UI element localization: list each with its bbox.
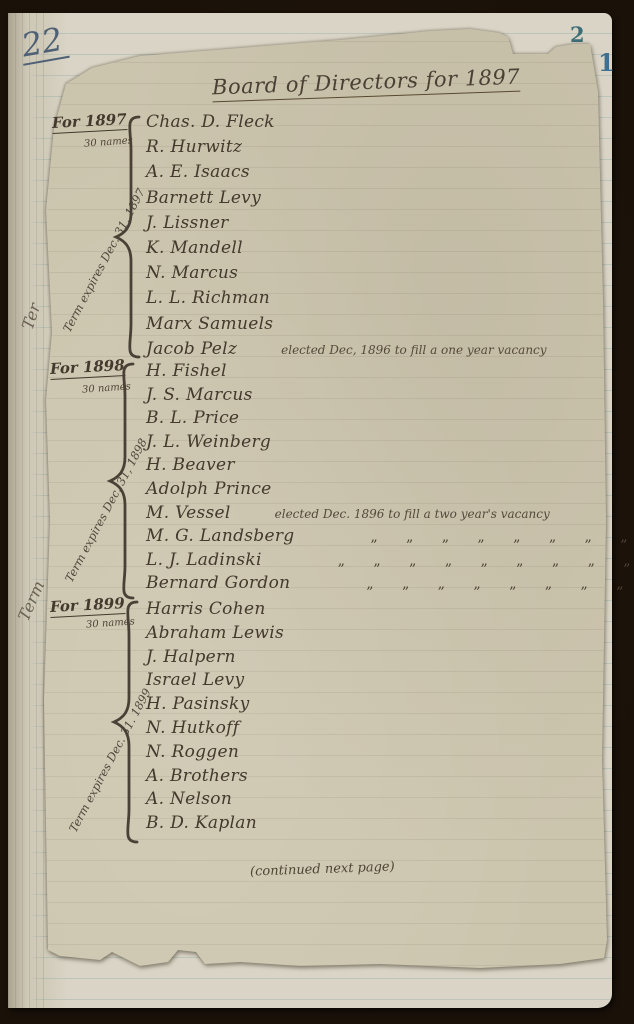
director-row: M. Vessel elected Dec. 1896 to fill a tw… bbox=[146, 503, 634, 527]
director-name: N. Hutkoff bbox=[146, 718, 239, 738]
handwritten-content: Board of Directors for 1897 For 1897 30 … bbox=[0, 0, 634, 1024]
director-name: H. Pasinsky bbox=[146, 694, 249, 714]
director-name: A. Brothers bbox=[146, 766, 248, 786]
director-row: A. E. Isaacs bbox=[146, 162, 547, 187]
group-members-1897: Chas. D. Fleck R. Hurwitz A. E. Isaacs B… bbox=[146, 112, 547, 364]
director-name: R. Hurwitz bbox=[146, 137, 242, 157]
director-row: N. Marcus bbox=[146, 263, 547, 288]
director-name: B. D. Kaplan bbox=[146, 813, 257, 833]
director-row: J. Lissner bbox=[146, 213, 547, 238]
director-name: H. Fishel bbox=[146, 361, 227, 381]
director-name: Harris Cohen bbox=[146, 599, 266, 619]
director-row: Israel Levy bbox=[146, 670, 284, 694]
group-brace-1897 bbox=[110, 114, 142, 360]
continued-note: (continued next page) bbox=[250, 859, 395, 879]
director-name: N. Marcus bbox=[146, 263, 238, 283]
director-name: A. E. Isaacs bbox=[146, 162, 250, 182]
director-name: J. Halpern bbox=[146, 647, 236, 667]
group-brace-1898 bbox=[104, 361, 136, 601]
director-row: A. Nelson bbox=[146, 789, 284, 813]
election-annotation: elected Dec. 1896 to fill a two year's v… bbox=[275, 507, 550, 521]
director-name: J. L. Weinberg bbox=[146, 432, 271, 452]
ditto-marks: „ „ „ „ „ „ „ „ „ „ bbox=[338, 553, 634, 569]
director-row: Harris Cohen bbox=[146, 599, 284, 623]
director-row: H. Beaver bbox=[146, 455, 634, 479]
director-row: Barnett Levy bbox=[146, 188, 547, 213]
director-row: J. S. Marcus bbox=[146, 385, 634, 409]
director-name: M. Vessel bbox=[146, 503, 231, 523]
director-row: N. Roggen bbox=[146, 742, 284, 766]
director-name: M. G. Landsberg bbox=[146, 526, 294, 546]
director-row: Abraham Lewis bbox=[146, 623, 284, 647]
director-name: Adolph Prince bbox=[146, 479, 272, 499]
group-members-1899: Harris Cohen Abraham Lewis J. Halpern Is… bbox=[146, 599, 284, 837]
director-row: J. Halpern bbox=[146, 647, 284, 671]
director-row: Chas. D. Fleck bbox=[146, 112, 547, 137]
director-row: A. Brothers bbox=[146, 766, 284, 790]
director-name: Marx Samuels bbox=[146, 314, 273, 334]
director-name: Chas. D. Fleck bbox=[146, 112, 275, 132]
director-name: J. Lissner bbox=[146, 213, 229, 233]
director-row: Bernard Gordon „ „ „ „ „ „ „ „ „ „ bbox=[146, 573, 634, 597]
director-row: H. Fishel bbox=[146, 361, 634, 385]
director-row: B. L. Price bbox=[146, 408, 634, 432]
page-title: Board of Directors for 1897 bbox=[212, 65, 521, 103]
director-row: H. Pasinsky bbox=[146, 694, 284, 718]
director-row: L. L. Richman bbox=[146, 288, 547, 313]
group-members-1898: H. Fishel J. S. Marcus B. L. Price J. L.… bbox=[146, 361, 634, 597]
director-row: L. J. Ladinski „ „ „ „ „ „ „ „ „ „ bbox=[146, 550, 634, 574]
director-row: K. Mandell bbox=[146, 238, 547, 263]
election-annotation: elected Dec, 1896 to fill a one year vac… bbox=[281, 343, 546, 357]
director-name: L. J. Ladinski bbox=[146, 550, 262, 570]
director-name: L. L. Richman bbox=[146, 288, 270, 308]
director-name: K. Mandell bbox=[146, 238, 243, 258]
scanned-ledger-page: 22 2 1 Ter Term Board of Directors for 1… bbox=[0, 0, 634, 1024]
director-name: A. Nelson bbox=[146, 789, 232, 809]
director-name: Barnett Levy bbox=[146, 188, 261, 208]
director-name: Bernard Gordon bbox=[146, 573, 290, 593]
director-name: Abraham Lewis bbox=[146, 623, 284, 643]
director-row: R. Hurwitz bbox=[146, 137, 547, 162]
director-name: Jacob Pelz bbox=[146, 339, 237, 359]
director-row: Marx Samuels bbox=[146, 314, 547, 339]
director-name: B. L. Price bbox=[146, 408, 239, 428]
director-name: Israel Levy bbox=[146, 670, 244, 690]
ditto-marks: „ „ „ „ „ „ „ „ „ „ bbox=[366, 576, 634, 592]
director-name: N. Roggen bbox=[146, 742, 239, 762]
director-name: H. Beaver bbox=[146, 455, 235, 475]
director-row: J. L. Weinberg bbox=[146, 432, 634, 456]
ditto-marks: „ „ „ „ „ „ „ „ „ bbox=[370, 529, 634, 545]
group-brace-1899 bbox=[108, 599, 140, 845]
director-name: J. S. Marcus bbox=[146, 385, 253, 405]
director-row: N. Hutkoff bbox=[146, 718, 284, 742]
director-row: B. D. Kaplan bbox=[146, 813, 284, 837]
director-row: M. G. Landsberg „ „ „ „ „ „ „ „ „ bbox=[146, 526, 634, 550]
director-row: Adolph Prince bbox=[146, 479, 634, 503]
